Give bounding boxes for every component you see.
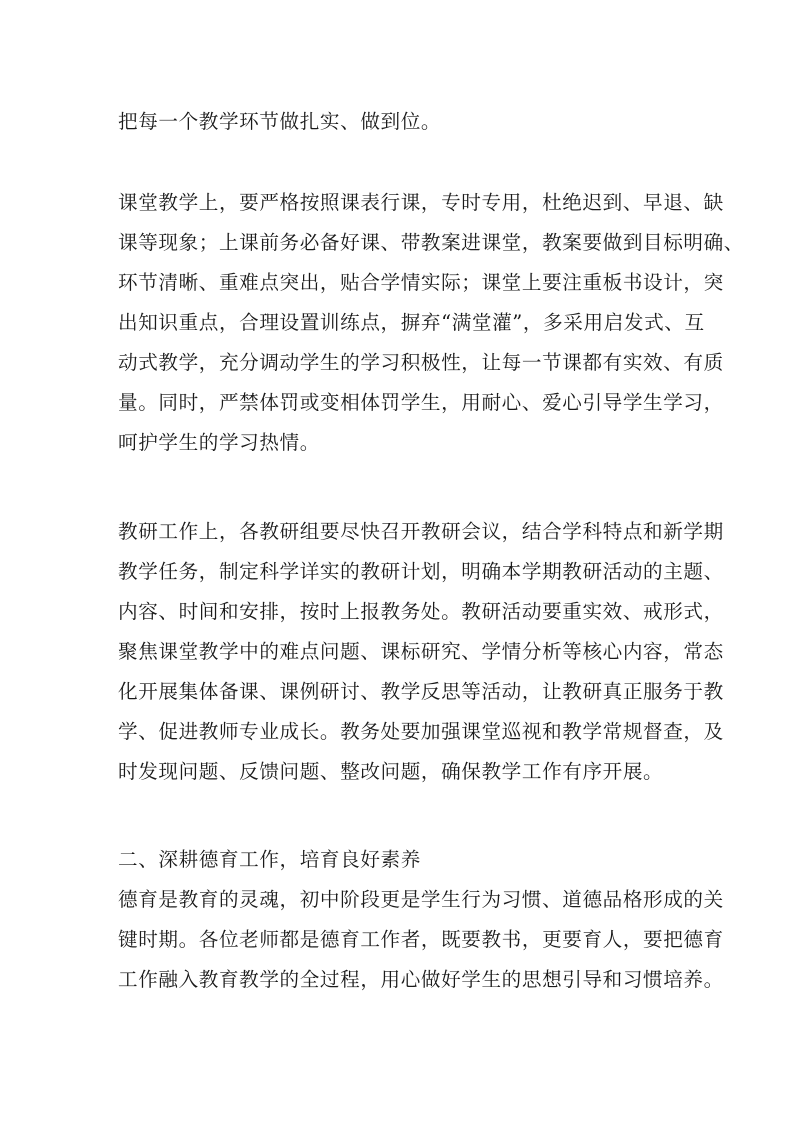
paragraph-research-line: 教研工作上，各教研组要尽快召开教研会议，结合学科特点和新学期: [118, 520, 698, 544]
paragraph-moral-line: 德育是教育的灵魂，初中阶段更是学生行为习惯、道德品格形成的关: [118, 888, 698, 912]
paragraph-classroom-line: 量。同时，严禁体罚或变相体罚学生，用耐心、爱心引导学生学习，: [118, 391, 698, 415]
paragraph-classroom-line: 课堂教学上，要严格按照课表行课，专时专用，杜绝迟到、早退、缺: [118, 191, 698, 215]
paragraph-research-line: 聚焦课堂教学中的难点问题、课标研究、学情分析等核心内容，常态: [118, 640, 698, 664]
document-page: 把每一个教学环节做扎实、做到位。 课堂教学上，要严格按照课表行课，专时专用，杜绝…: [0, 0, 793, 1122]
paragraph-classroom-line: 呵护学生的学习热情。: [118, 431, 698, 455]
paragraph-research-line: 内容、时间和安排，按时上报教务处。教研活动要重实效、戒形式，: [118, 600, 698, 624]
paragraph-moral-line: 键时期。各位老师都是德育工作者，既要教书，更要育人，要把德育: [118, 928, 698, 952]
paragraph-classroom-line: 动式教学，充分调动学生的学习积极性，让每一节课都有实效、有质: [118, 351, 698, 375]
paragraph-classroom-line: 出知识重点，合理设置训练点，摒弃“满堂灌”，多采用启发式、互: [118, 311, 698, 335]
paragraph-research-line: 时发现问题、反馈问题、整改问题，确保教学工作有序开展。: [118, 760, 698, 784]
paragraph-classroom-line: 课等现象；上课前务必备好课、带教案进课堂，教案要做到目标明确、: [118, 231, 698, 255]
paragraph-classroom-line: 环节清晰、重难点突出，贴合学情实际；课堂上要注重板书设计，突: [118, 271, 698, 295]
paragraph-research-line: 化开展集体备课、课例研讨、教学反思等活动，让教研真正服务于教: [118, 680, 698, 704]
paragraph-research-line: 教学任务，制定科学详实的教研计划，明确本学期教研活动的主题、: [118, 560, 698, 584]
section-heading: 二、深耕德育工作，培育良好素养: [118, 848, 698, 872]
paragraph-research-line: 学、促进教师专业成长。教务处要加强课堂巡视和教学常规督查，及: [118, 720, 698, 744]
paragraph-moral-line: 工作融入教育教学的全过程，用心做好学生的思想引导和习惯培养。: [118, 968, 698, 992]
text-line: 把每一个教学环节做扎实、做到位。: [118, 110, 698, 134]
